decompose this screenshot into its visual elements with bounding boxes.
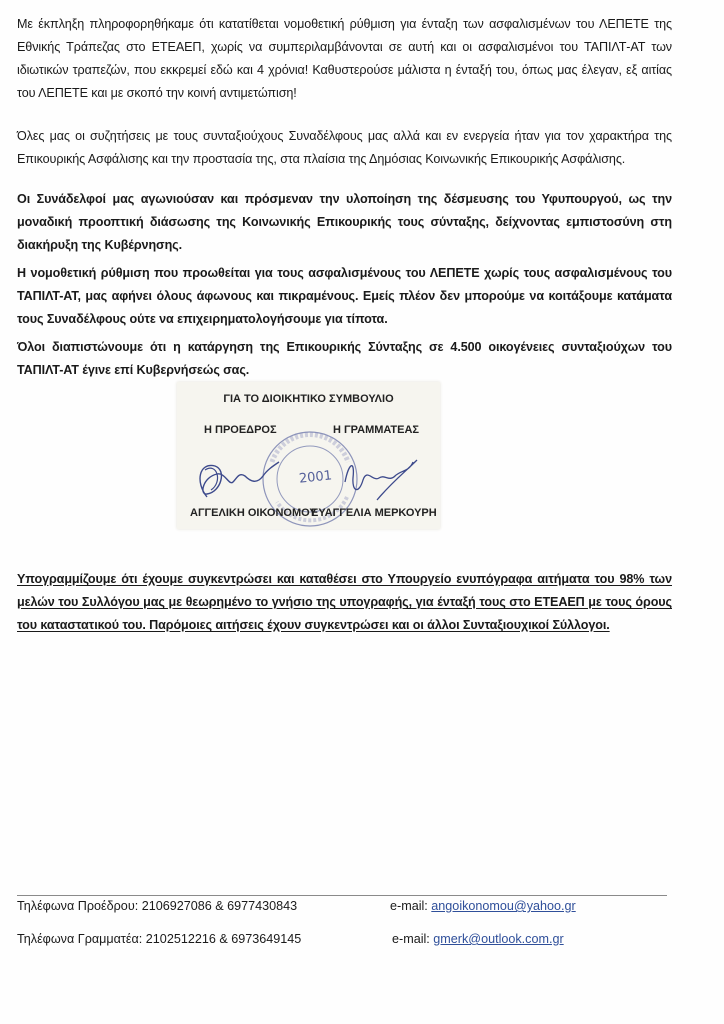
paragraph-colleagues: Οι Συνάδελφοί μας αγωνιούσαν και πρόσμεν…	[17, 188, 672, 257]
paragraph-discussions: Όλες μας οι συζητήσεις με τους συνταξιού…	[17, 125, 672, 171]
president-phones: Τηλέφωνα Προέδρου: 2106927086 & 69774308…	[17, 899, 297, 913]
president-email-link[interactable]: angoikonomou@yahoo.gr	[431, 899, 575, 913]
paragraph-intro: Με έκπληξη πληροφορηθήκαμε ότι κατατίθετ…	[17, 13, 672, 105]
president-name: ΑΓΓΕΛΙΚΗ ΟΙΚΟΝΟΜΟΥ	[190, 507, 317, 519]
footer-divider	[17, 895, 667, 896]
paragraph-regulation: Η νομοθετική ρύθμιση που προωθείται για …	[17, 262, 672, 331]
president-role: Η ΠΡΟΕΔΡΟΣ	[204, 424, 277, 436]
paragraph-abolition: Όλοι διαπιστώνουμε ότι η κατάργηση της Ε…	[17, 336, 672, 382]
signature-block: ΓΙΑ ΤΟ ΔΙΟΙΚΗΤΙΚΟ ΣΥΜΒΟΥΛΙΟ Η ΠΡΟΕΔΡΟΣ Η…	[177, 382, 440, 529]
secretary-email-line: e-mail: gmerk@outlook.com.gr	[392, 932, 564, 946]
email-label: e-mail:	[390, 899, 428, 913]
president-email-line: e-mail: angoikonomou@yahoo.gr	[390, 899, 576, 913]
secretary-email-link[interactable]: gmerk@outlook.com.gr	[433, 932, 563, 946]
secretary-phones: Τηλέφωνα Γραμματέα: 2102512216 & 6973649…	[17, 932, 301, 946]
secretary-name: ΕΥΑΓΓΕΛΙΑ ΜΕΡΚΟΥΡΗ	[311, 507, 437, 519]
secretary-role: Η ΓΡΑΜΜΑΤΕΑΣ	[333, 424, 419, 436]
signature-heading: ΓΙΑ ΤΟ ΔΙΟΙΚΗΤΙΚΟ ΣΥΜΒΟΥΛΙΟ	[177, 393, 440, 405]
document-page: Με έκπληξη πληροφορηθήκαμε ότι κατατίθετ…	[0, 0, 724, 1024]
paragraph-petitions: Υπογραμμίζουμε ότι έχουμε συγκεντρώσει κ…	[17, 568, 672, 637]
email-label: e-mail:	[392, 932, 430, 946]
